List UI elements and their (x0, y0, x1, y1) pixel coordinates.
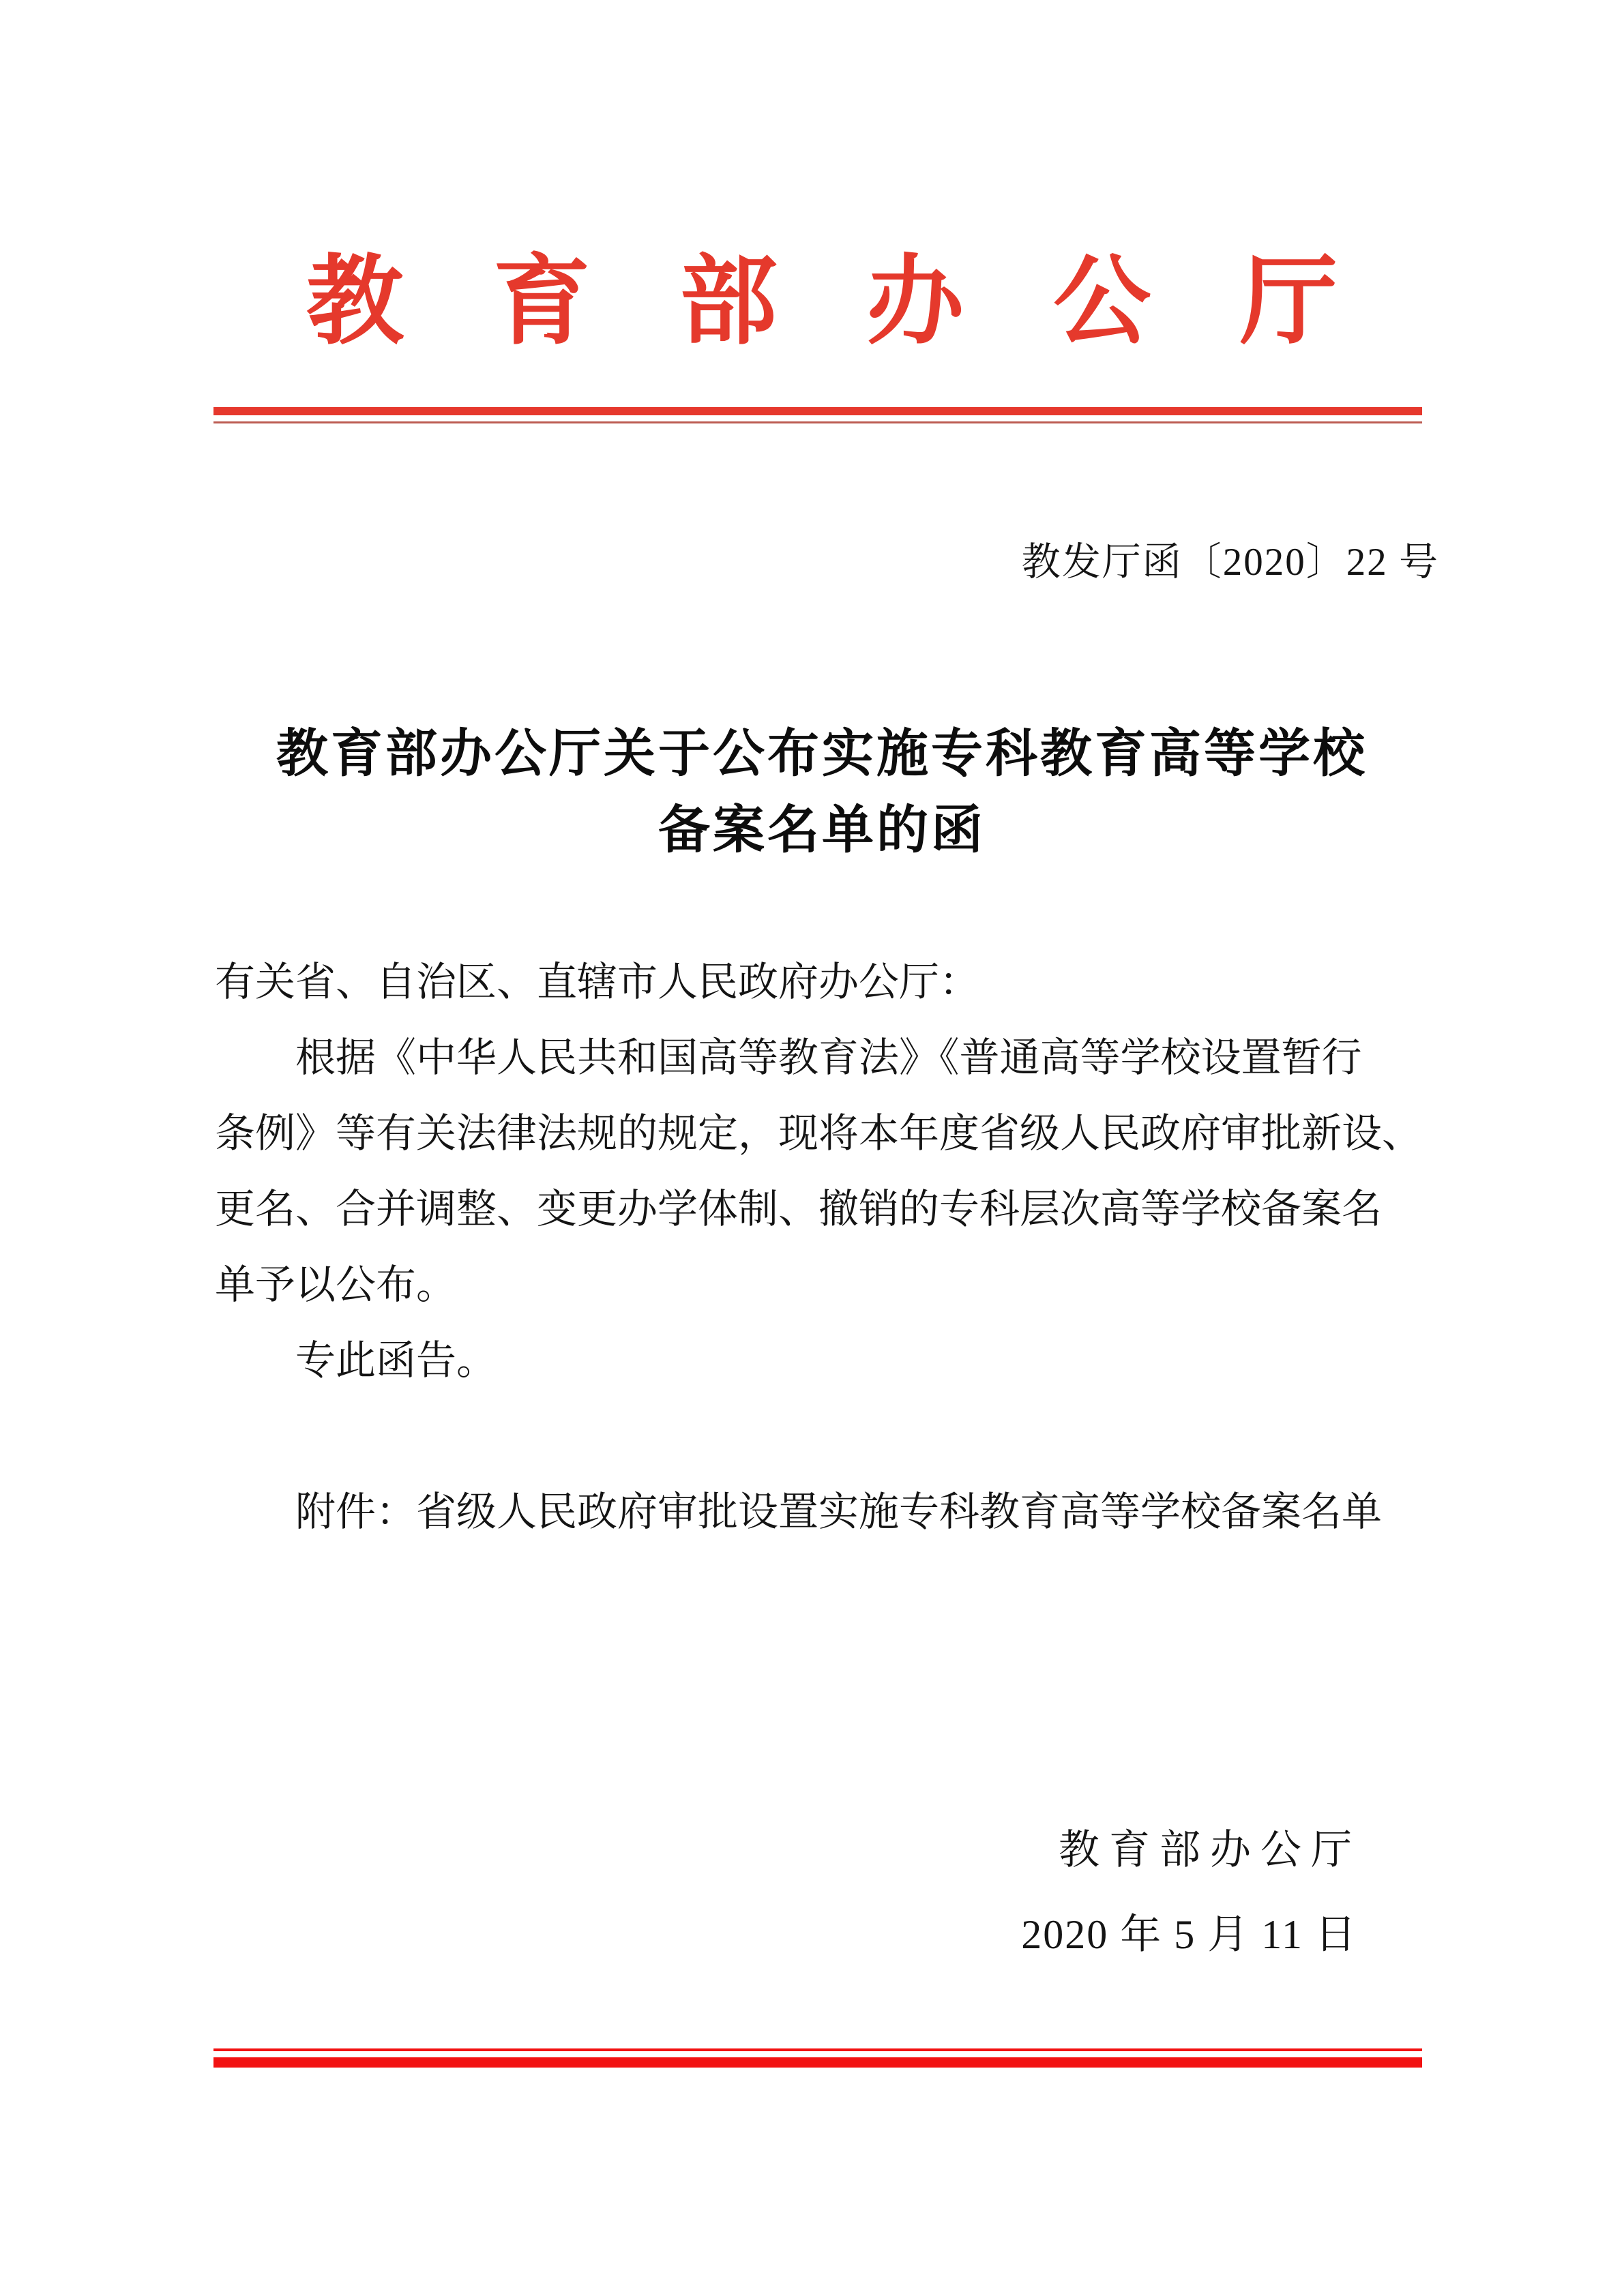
body-paragraph-line2: 条例》等有关法律法规的规定，现将本年度省级人民政府审批新设、 (215, 1096, 1443, 1172)
letterhead-rule-thick (213, 407, 1422, 415)
official-letter-page: 教育部办公厅 教发厅函〔2020〕22 号 教育部办公厅关于公布实施专科教育高等… (0, 0, 1624, 2296)
signature-agency: 教育部办公厅 (1059, 1828, 1361, 1873)
document-title: 教育部办公厅关于公布实施专科教育高等学校 备案名单的函 (215, 716, 1429, 869)
body-closing: 专此函告。 (215, 1323, 1443, 1399)
letterhead-rule-thin (213, 421, 1422, 423)
document-number: 教发厅函〔2020〕22 号 (1022, 542, 1439, 583)
body-salutation: 有关省、自治区、直辖市人民政府办公厅： (215, 944, 1443, 1020)
letterhead-char: 部 (680, 251, 778, 353)
letterhead-char: 教 (306, 251, 404, 353)
letterhead-char: 公 (1053, 251, 1151, 353)
document-body: 有关省、自治区、直辖市人民政府办公厅： 根据《中华人民共和国高等教育法》《普通高… (215, 944, 1443, 1550)
signature-date: 2020 年 5 月 11 日 (1021, 1912, 1357, 1957)
footer-rule-thick (213, 2057, 1422, 2068)
footer-rule-thin (213, 2048, 1422, 2051)
letterhead-char: 育 (493, 251, 591, 353)
document-title-line1: 教育部办公厅关于公布实施专科教育高等学校 (215, 716, 1429, 792)
letterhead-char: 厅 (1240, 251, 1338, 353)
body-attachment: 附件：省级人民政府审批设置实施专科教育高等学校备案名单 (215, 1474, 1443, 1550)
body-paragraph-line3: 更名、合并调整、变更办学体制、撤销的专科层次高等学校备案名 (215, 1172, 1443, 1247)
body-paragraph-line4: 单予以公布。 (215, 1247, 1443, 1323)
letterhead-agency-name: 教育部办公厅 (306, 251, 1338, 353)
body-blank-line (215, 1399, 1443, 1474)
body-paragraph-line1: 根据《中华人民共和国高等教育法》《普通高等学校设置暂行 (215, 1020, 1443, 1096)
letterhead: 教育部办公厅 (215, 251, 1429, 353)
document-title-line2: 备案名单的函 (215, 792, 1429, 869)
letterhead-char: 办 (866, 251, 964, 353)
